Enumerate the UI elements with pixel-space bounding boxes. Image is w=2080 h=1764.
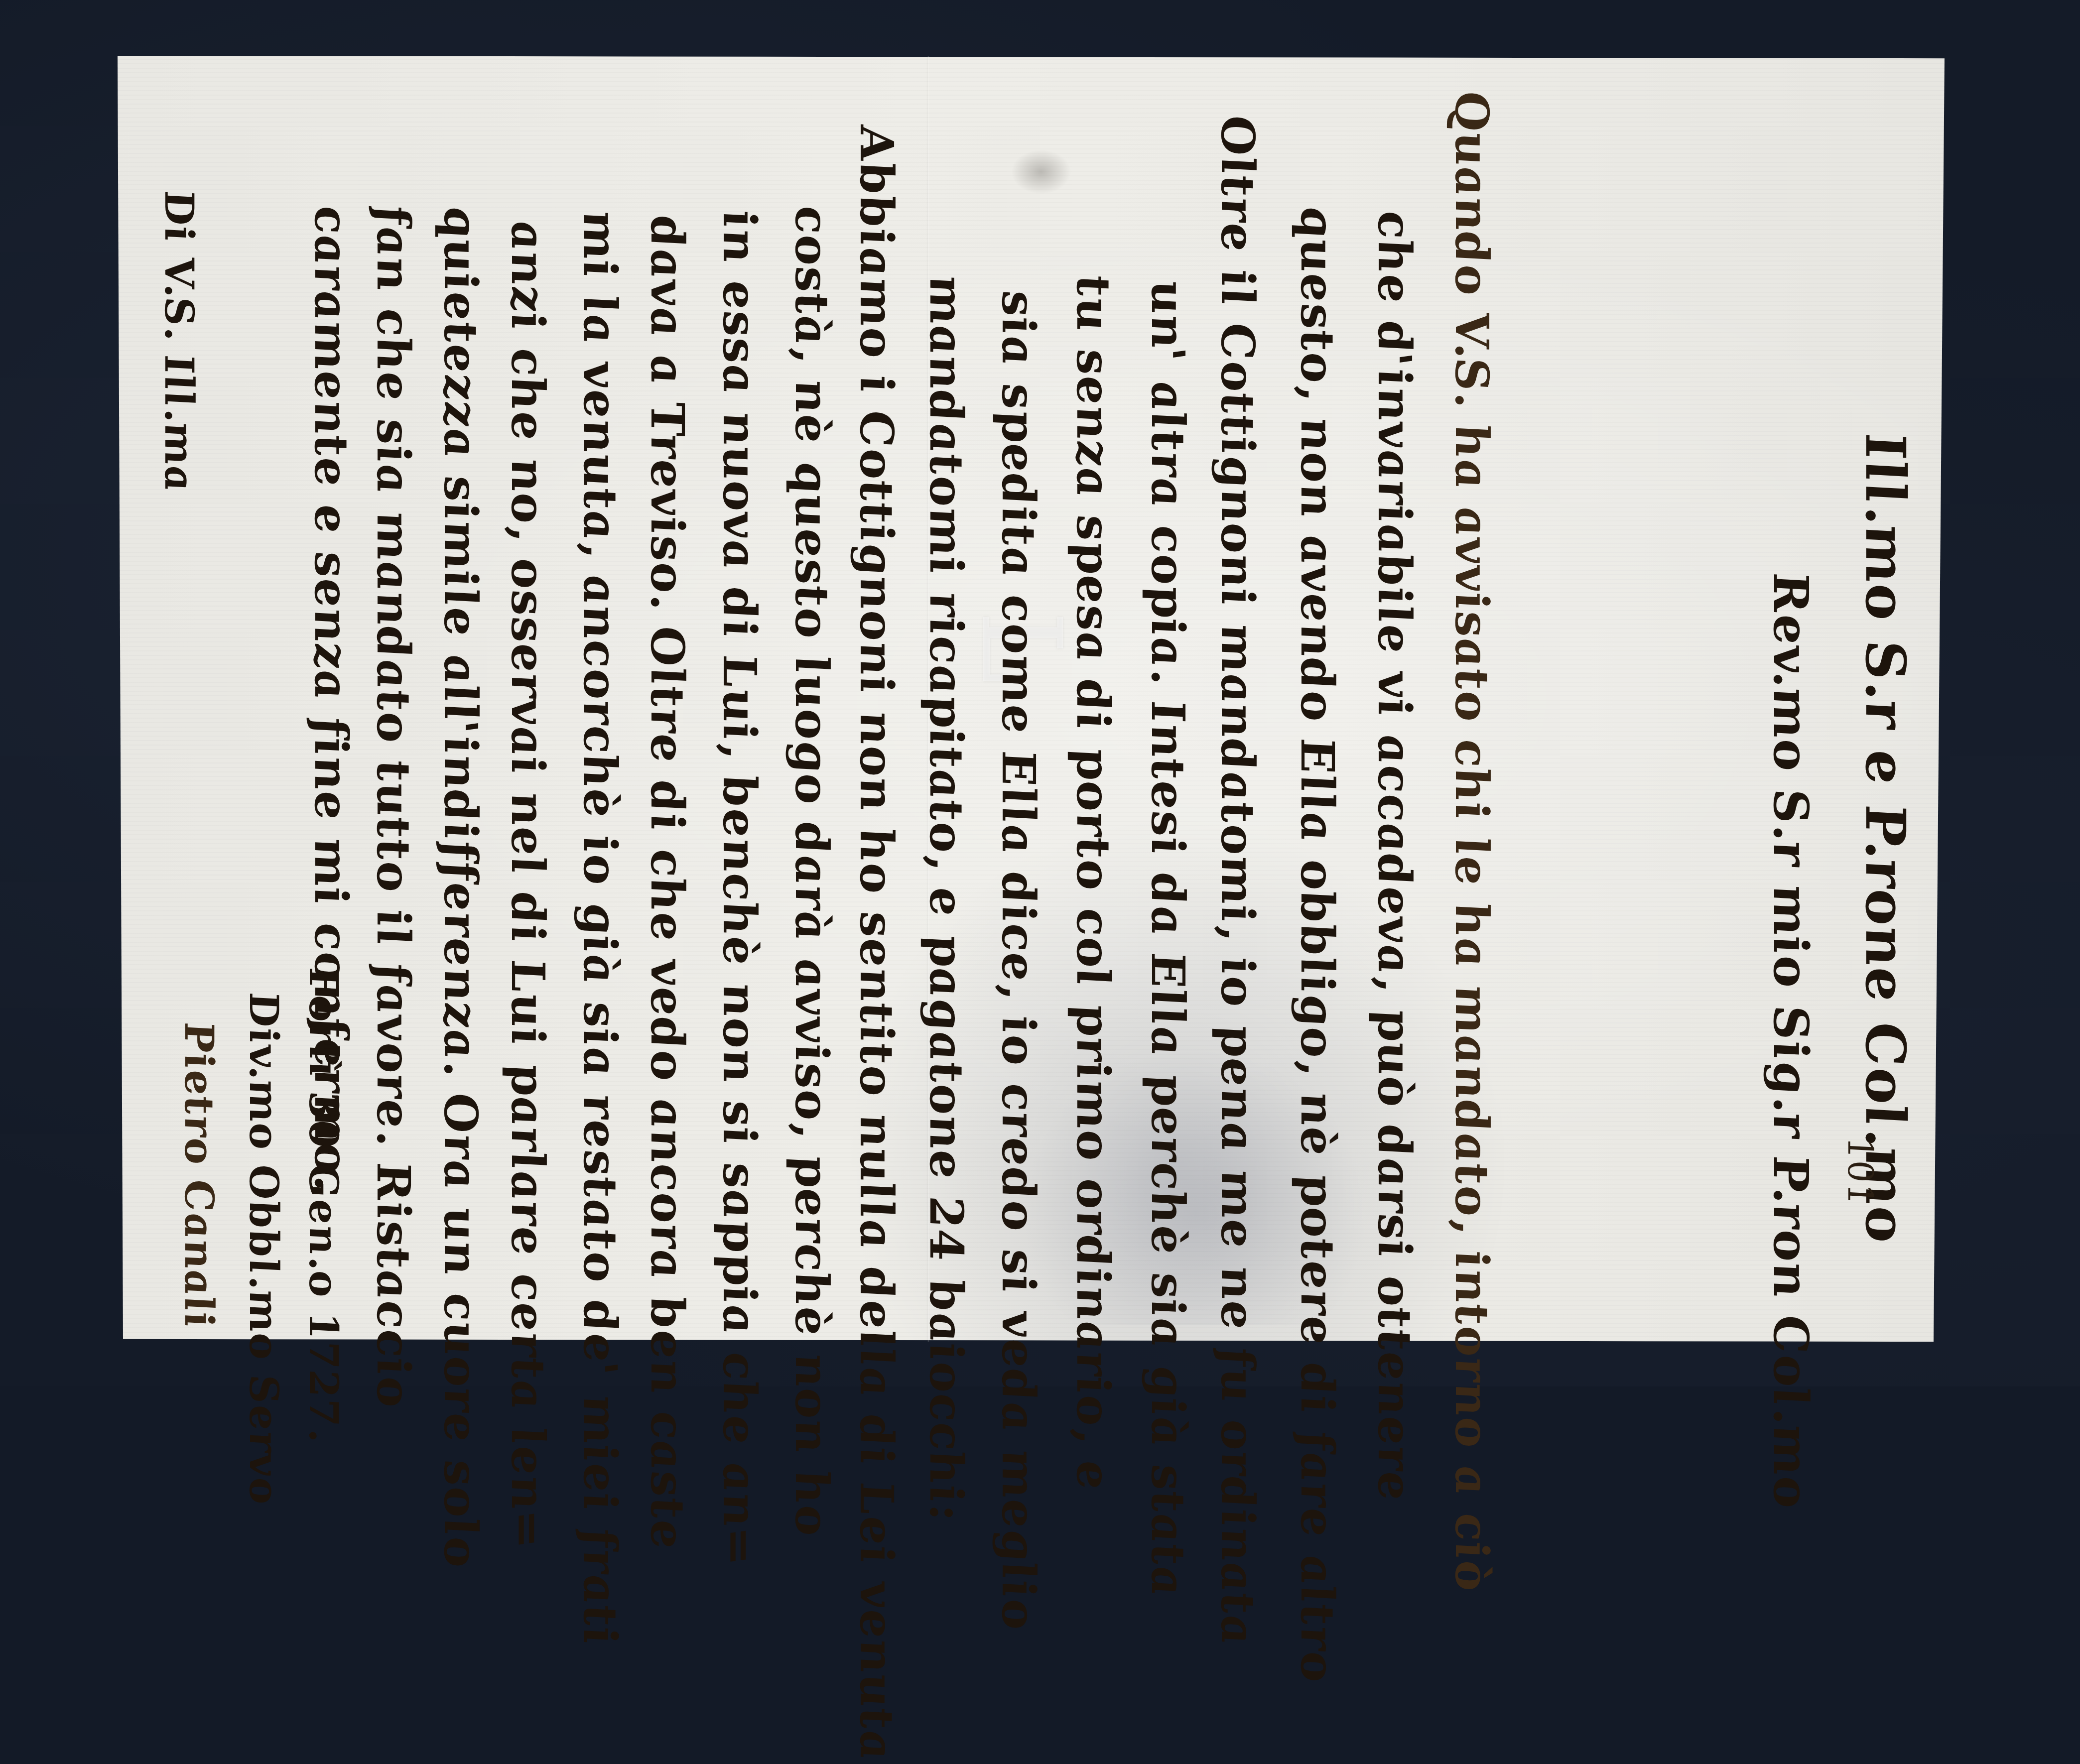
- body-line-16: fan che sia mandato tutto il favore. Ris…: [366, 202, 421, 1386]
- closing-place-date: Forlì 30 Gen.o 1727.: [299, 964, 349, 1386]
- body-line-3: questo, non avendo Ella obbligo, nè pote…: [1290, 202, 1345, 1386]
- salutation-line-1: Ill.mo S.r e P.rone Col.mo: [1853, 429, 1918, 1248]
- body-line-9: Abbiamo i Cottignoni non ho sentito null…: [849, 122, 904, 1386]
- salutation-line-2: Rev.mo S.r mio Sig.r P.ron Col.mo: [1758, 569, 1823, 1386]
- body-line-5: un' altra copia. Intesi da Ella perchè s…: [1141, 276, 1195, 1386]
- body-line-10: costà, nè questo luogo darà avviso, perc…: [784, 202, 839, 1386]
- folio-number: 101: [1838, 1134, 1883, 1210]
- body-line-4: Oltre il Cottignoni mandatomi, io pena m…: [1210, 112, 1265, 1386]
- body-line-11: in essa nuova di Lui, benchè non si sapp…: [712, 207, 767, 1386]
- body-line-12: dava a Treviso. Oltre di che vedo ancora…: [640, 212, 695, 1386]
- body-line-8: mandatomi ricapitato, e pagatone 24 baio…: [919, 271, 974, 1386]
- body-line-2: che d'invariabile vi accadeva, può darsi…: [1367, 207, 1422, 1386]
- signature: Pietro Canali: [174, 1019, 224, 1332]
- body-line-14: anzi che no, osservai nel di Lui parlare…: [501, 217, 555, 1386]
- body-line-1: Quando V.S. ha avvisato chi le ha mandat…: [1444, 87, 1499, 1386]
- body-line-7: sia spedita come Ella dice, io credo si …: [991, 286, 1046, 1386]
- addressee-reference: Di V.S. Ill.ma: [154, 187, 204, 496]
- ink-blot: [1011, 149, 1071, 194]
- body-line-6: tu senza spesa di porto col primo ordina…: [1066, 271, 1121, 1386]
- body-line-15: quietezza simile all'indifferenza. Ora u…: [433, 202, 488, 1386]
- closing-formula: Div.mo Obbl.mo Servo: [239, 989, 289, 1386]
- body-line-13: mi la venuta, ancorchè io già sia restat…: [573, 207, 628, 1386]
